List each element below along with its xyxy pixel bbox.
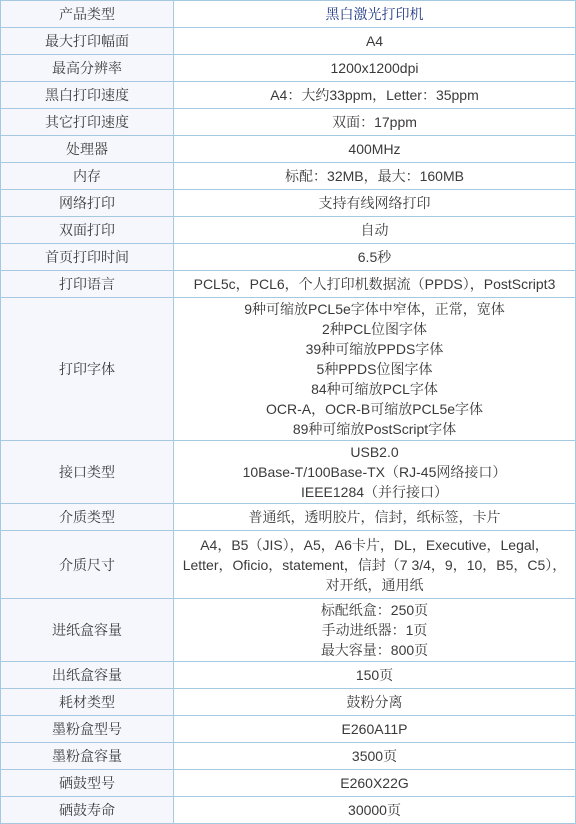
spec-label: 黑白打印速度 <box>1 82 174 109</box>
table-row: 墨粉盒型号 E260A11P <box>1 716 576 743</box>
table-row: 网络打印 支持有线网络打印 <box>1 190 576 217</box>
spec-label: 双面打印 <box>1 217 174 244</box>
spec-label: 墨粉盒容量 <box>1 743 174 770</box>
spec-label: 打印字体 <box>1 298 174 441</box>
spec-value: 支持有线网络打印 <box>174 190 576 217</box>
spec-value: 双面：17ppm <box>174 109 576 136</box>
product-type-link[interactable]: 黑白激光打印机 <box>326 6 424 22</box>
table-row: 打印字体 9种可缩放PCL5e字体中窄体，正常，宽体 2种PCL位图字体 39种… <box>1 298 576 441</box>
table-row: 最高分辨率 1200x1200dpi <box>1 55 576 82</box>
table-row: 介质类型 普通纸，透明胶片，信封，纸标签，卡片 <box>1 504 576 531</box>
spec-value: 鼓粉分离 <box>174 689 576 716</box>
spec-label: 其它打印速度 <box>1 109 174 136</box>
spec-value: 150页 <box>174 662 576 689</box>
spec-label: 硒鼓寿命 <box>1 797 174 824</box>
spec-value: A4 <box>174 28 576 55</box>
spec-value: E260A11P <box>174 716 576 743</box>
spec-label: 产品类型 <box>1 1 174 28</box>
printer-spec-table: 产品类型 黑白激光打印机 最大打印幅面 A4 最高分辨率 1200x1200dp… <box>0 0 576 824</box>
spec-value: A4，B5（JIS），A5，A6卡片，DL，Executive，Legal，Le… <box>174 531 576 599</box>
spec-label: 介质类型 <box>1 504 174 531</box>
spec-value: 标配纸盒：250页 手动进纸器：1页 最大容量：800页 <box>174 599 576 662</box>
table-row: 硒鼓型号 E260X22G <box>1 770 576 797</box>
spec-value: 标配：32MB，最大：160MB <box>174 163 576 190</box>
spec-value: USB2.0 10Base-T/100Base-TX（RJ-45网络接口） IE… <box>174 441 576 504</box>
spec-value: PCL5c，PCL6，个人打印机数据流（PPDS），PostScript3 <box>174 271 576 298</box>
table-row: 内存 标配：32MB，最大：160MB <box>1 163 576 190</box>
spec-label: 耗材类型 <box>1 689 174 716</box>
spec-label: 打印语言 <box>1 271 174 298</box>
table-row: 首页打印时间 6.5秒 <box>1 244 576 271</box>
spec-label: 接口类型 <box>1 441 174 504</box>
spec-label: 处理器 <box>1 136 174 163</box>
table-row: 双面打印 自动 <box>1 217 576 244</box>
table-row: 其它打印速度 双面：17ppm <box>1 109 576 136</box>
table-row: 进纸盒容量 标配纸盒：250页 手动进纸器：1页 最大容量：800页 <box>1 599 576 662</box>
spec-label: 进纸盒容量 <box>1 599 174 662</box>
spec-value: 1200x1200dpi <box>174 55 576 82</box>
table-row: 最大打印幅面 A4 <box>1 28 576 55</box>
spec-value: 9种可缩放PCL5e字体中窄体，正常，宽体 2种PCL位图字体 39种可缩放PP… <box>174 298 576 441</box>
table-row: 产品类型 黑白激光打印机 <box>1 1 576 28</box>
spec-value: E260X22G <box>174 770 576 797</box>
table-row: 打印语言 PCL5c，PCL6，个人打印机数据流（PPDS），PostScrip… <box>1 271 576 298</box>
table-row: 出纸盒容量 150页 <box>1 662 576 689</box>
spec-value: 自动 <box>174 217 576 244</box>
table-row: 接口类型 USB2.0 10Base-T/100Base-TX（RJ-45网络接… <box>1 441 576 504</box>
table-row: 耗材类型 鼓粉分离 <box>1 689 576 716</box>
spec-label: 最大打印幅面 <box>1 28 174 55</box>
spec-label: 墨粉盒型号 <box>1 716 174 743</box>
table-row: 墨粉盒容量 3500页 <box>1 743 576 770</box>
spec-value: 6.5秒 <box>174 244 576 271</box>
spec-label: 网络打印 <box>1 190 174 217</box>
spec-value: 30000页 <box>174 797 576 824</box>
spec-value: 3500页 <box>174 743 576 770</box>
spec-value: 400MHz <box>174 136 576 163</box>
spec-label: 硒鼓型号 <box>1 770 174 797</box>
spec-value: A4：大约33ppm，Letter：35ppm <box>174 82 576 109</box>
spec-label: 首页打印时间 <box>1 244 174 271</box>
spec-label: 内存 <box>1 163 174 190</box>
spec-label: 介质尺寸 <box>1 531 174 599</box>
table-row: 介质尺寸 A4，B5（JIS），A5，A6卡片，DL，Executive，Leg… <box>1 531 576 599</box>
spec-label: 最高分辨率 <box>1 55 174 82</box>
table-row: 处理器 400MHz <box>1 136 576 163</box>
spec-label: 出纸盒容量 <box>1 662 174 689</box>
spec-value: 普通纸，透明胶片，信封，纸标签，卡片 <box>174 504 576 531</box>
spec-value: 黑白激光打印机 <box>174 1 576 28</box>
table-row: 黑白打印速度 A4：大约33ppm，Letter：35ppm <box>1 82 576 109</box>
